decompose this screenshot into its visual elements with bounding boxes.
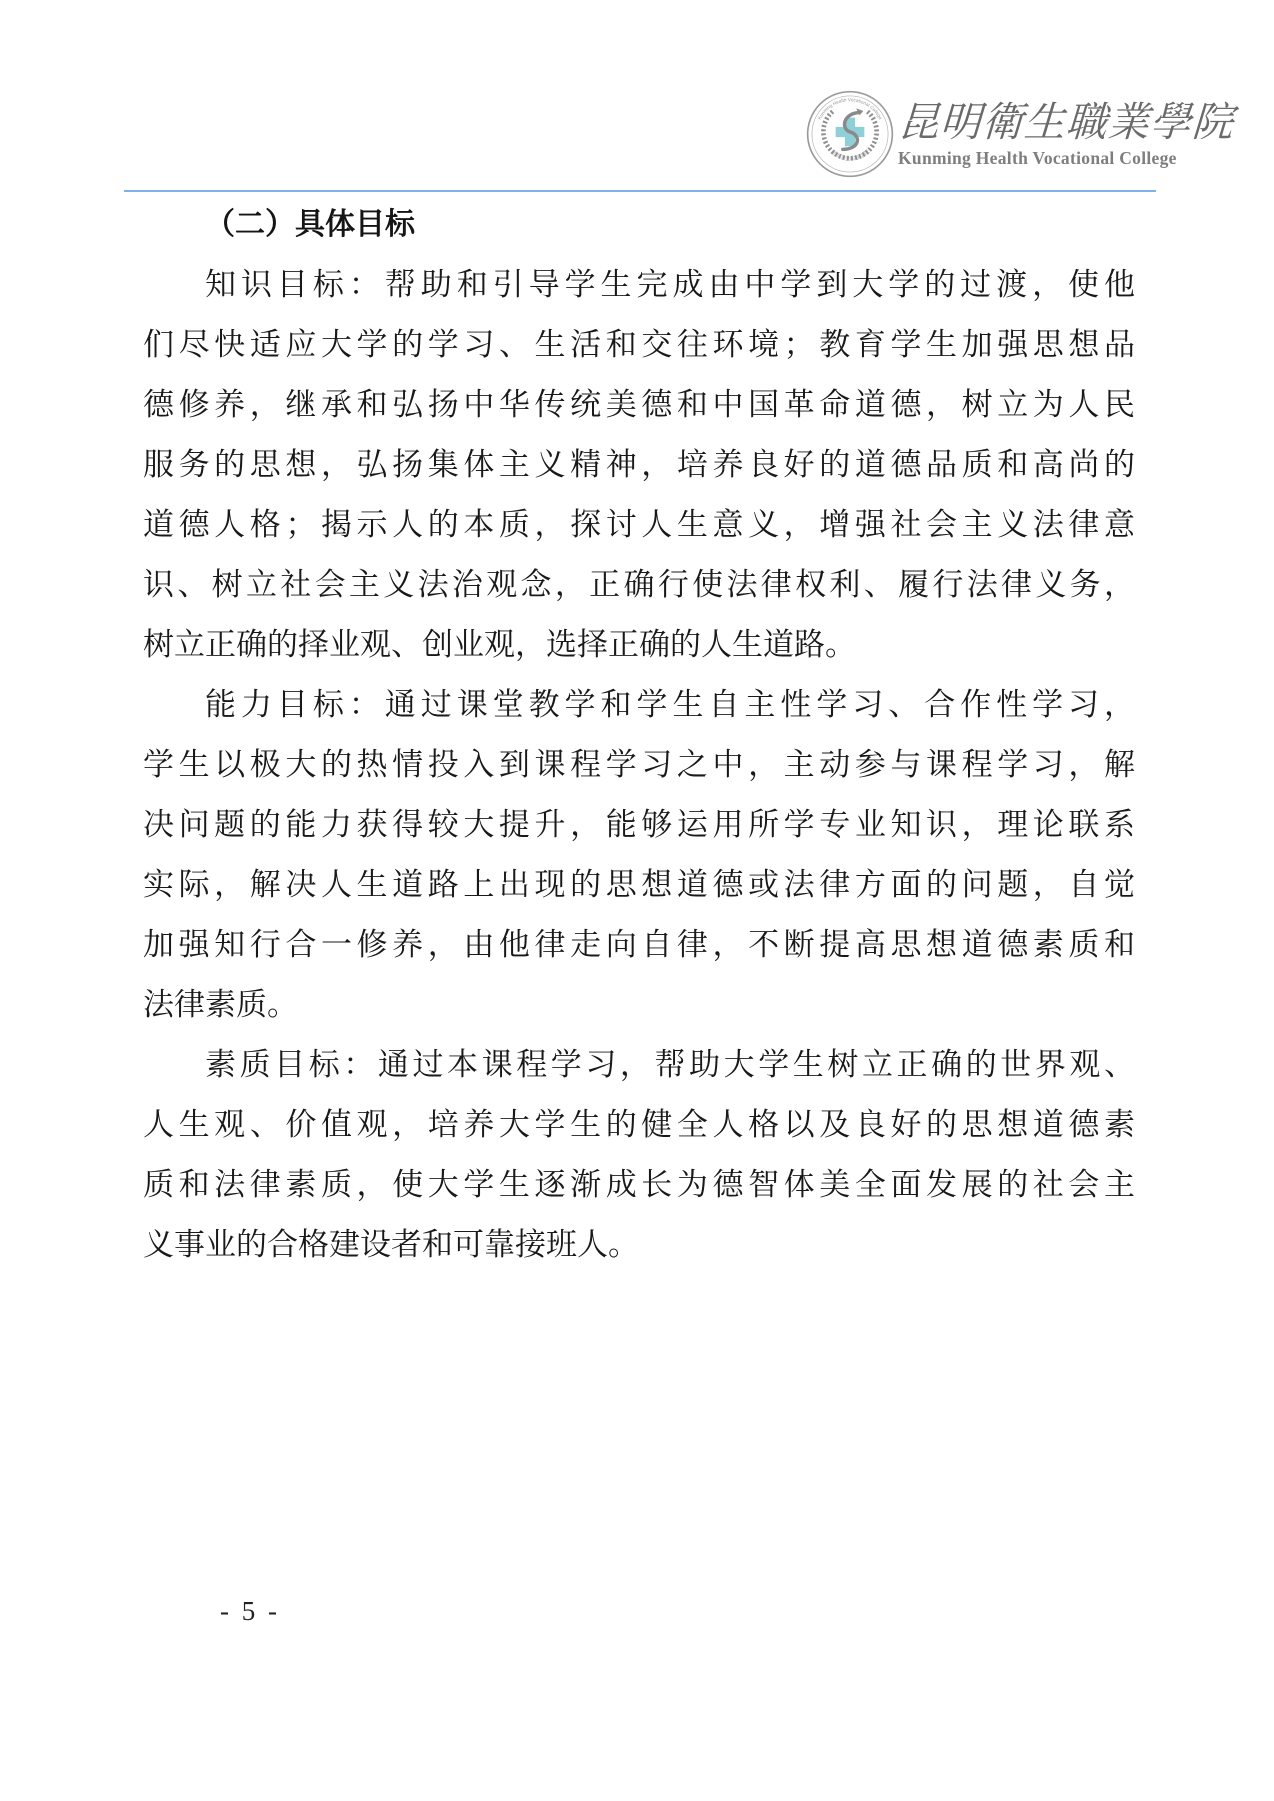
text-line: 质和法律素质，使大学生逐渐成长为德智体美全面发展的社会主 bbox=[143, 1155, 1135, 1215]
text-line: 识、树立社会主义法治观念，正确行使法律权利、履行法律义务， bbox=[143, 555, 1135, 615]
text-line: 人生观、价值观，培养大学生的健全人格以及良好的思想道德素 bbox=[143, 1095, 1135, 1155]
text-line: 德修养，继承和弘扬中华传统美德和中国革命道德，树立为人民 bbox=[143, 375, 1135, 435]
text-line: 们尽快适应大学的学习、生活和交往环境；教育学生加强思想品 bbox=[143, 315, 1135, 375]
college-name-english: Kunming Health Vocational College bbox=[898, 148, 1177, 169]
text-line: 加强知行合一修养，由他律走向自律，不断提高思想道德素质和 bbox=[143, 915, 1135, 975]
text-line: 能力目标：通过课堂教学和学生自主性学习、合作性学习， bbox=[143, 675, 1135, 735]
text-line: 服务的思想，弘扬集体主义精神，培养良好的道德品质和高尚的 bbox=[143, 435, 1135, 495]
page-number: - 5 - bbox=[220, 1596, 277, 1627]
text-line: 法律素质。 bbox=[143, 975, 1135, 1035]
text-line: 学生以极大的热情投入到课程学习之中，主动参与课程学习，解 bbox=[143, 735, 1135, 795]
college-seal-icon: Kunming Health Vocational College 昆明卫生职业… bbox=[806, 90, 894, 178]
text-line: 知识目标：帮助和引导学生完成由中学到大学的过渡，使他 bbox=[143, 255, 1135, 315]
text-line: 道德人格；揭示人的本质，探讨人生意义，增强社会主义法律意 bbox=[143, 495, 1135, 555]
paragraph-ability-objective: 能力目标：通过课堂教学和学生自主性学习、合作性学习， 学生以极大的热情投入到课程… bbox=[143, 675, 1135, 1035]
section-heading: （二）具体目标 bbox=[143, 195, 1135, 255]
text-line: 决问题的能力获得较大提升，能够运用所学专业知识，理论联系 bbox=[143, 795, 1135, 855]
text-line: 义事业的合格建设者和可靠接班人。 bbox=[143, 1215, 1135, 1275]
college-name-calligraphy: 昆明衛生職業學院 bbox=[897, 96, 1240, 148]
college-logo-emblem: Kunming Health Vocational College 昆明卫生职业… bbox=[806, 90, 894, 178]
paragraph-quality-objective: 素质目标：通过本课程学习，帮助大学生树立正确的世界观、 人生观、价值观，培养大学… bbox=[143, 1035, 1135, 1275]
header-divider bbox=[124, 190, 1156, 192]
text-line: 树立正确的择业观、创业观，选择正确的人生道路。 bbox=[143, 615, 1135, 675]
document-page: Kunming Health Vocational College 昆明卫生职业… bbox=[0, 0, 1274, 1801]
text-line: 实际，解决人生道路上出现的思想道德或法律方面的问题，自觉 bbox=[143, 855, 1135, 915]
text-line: 素质目标：通过本课程学习，帮助大学生树立正确的世界观、 bbox=[143, 1035, 1135, 1095]
paragraph-knowledge-objective: 知识目标：帮助和引导学生完成由中学到大学的过渡，使他 们尽快适应大学的学习、生活… bbox=[143, 255, 1135, 675]
